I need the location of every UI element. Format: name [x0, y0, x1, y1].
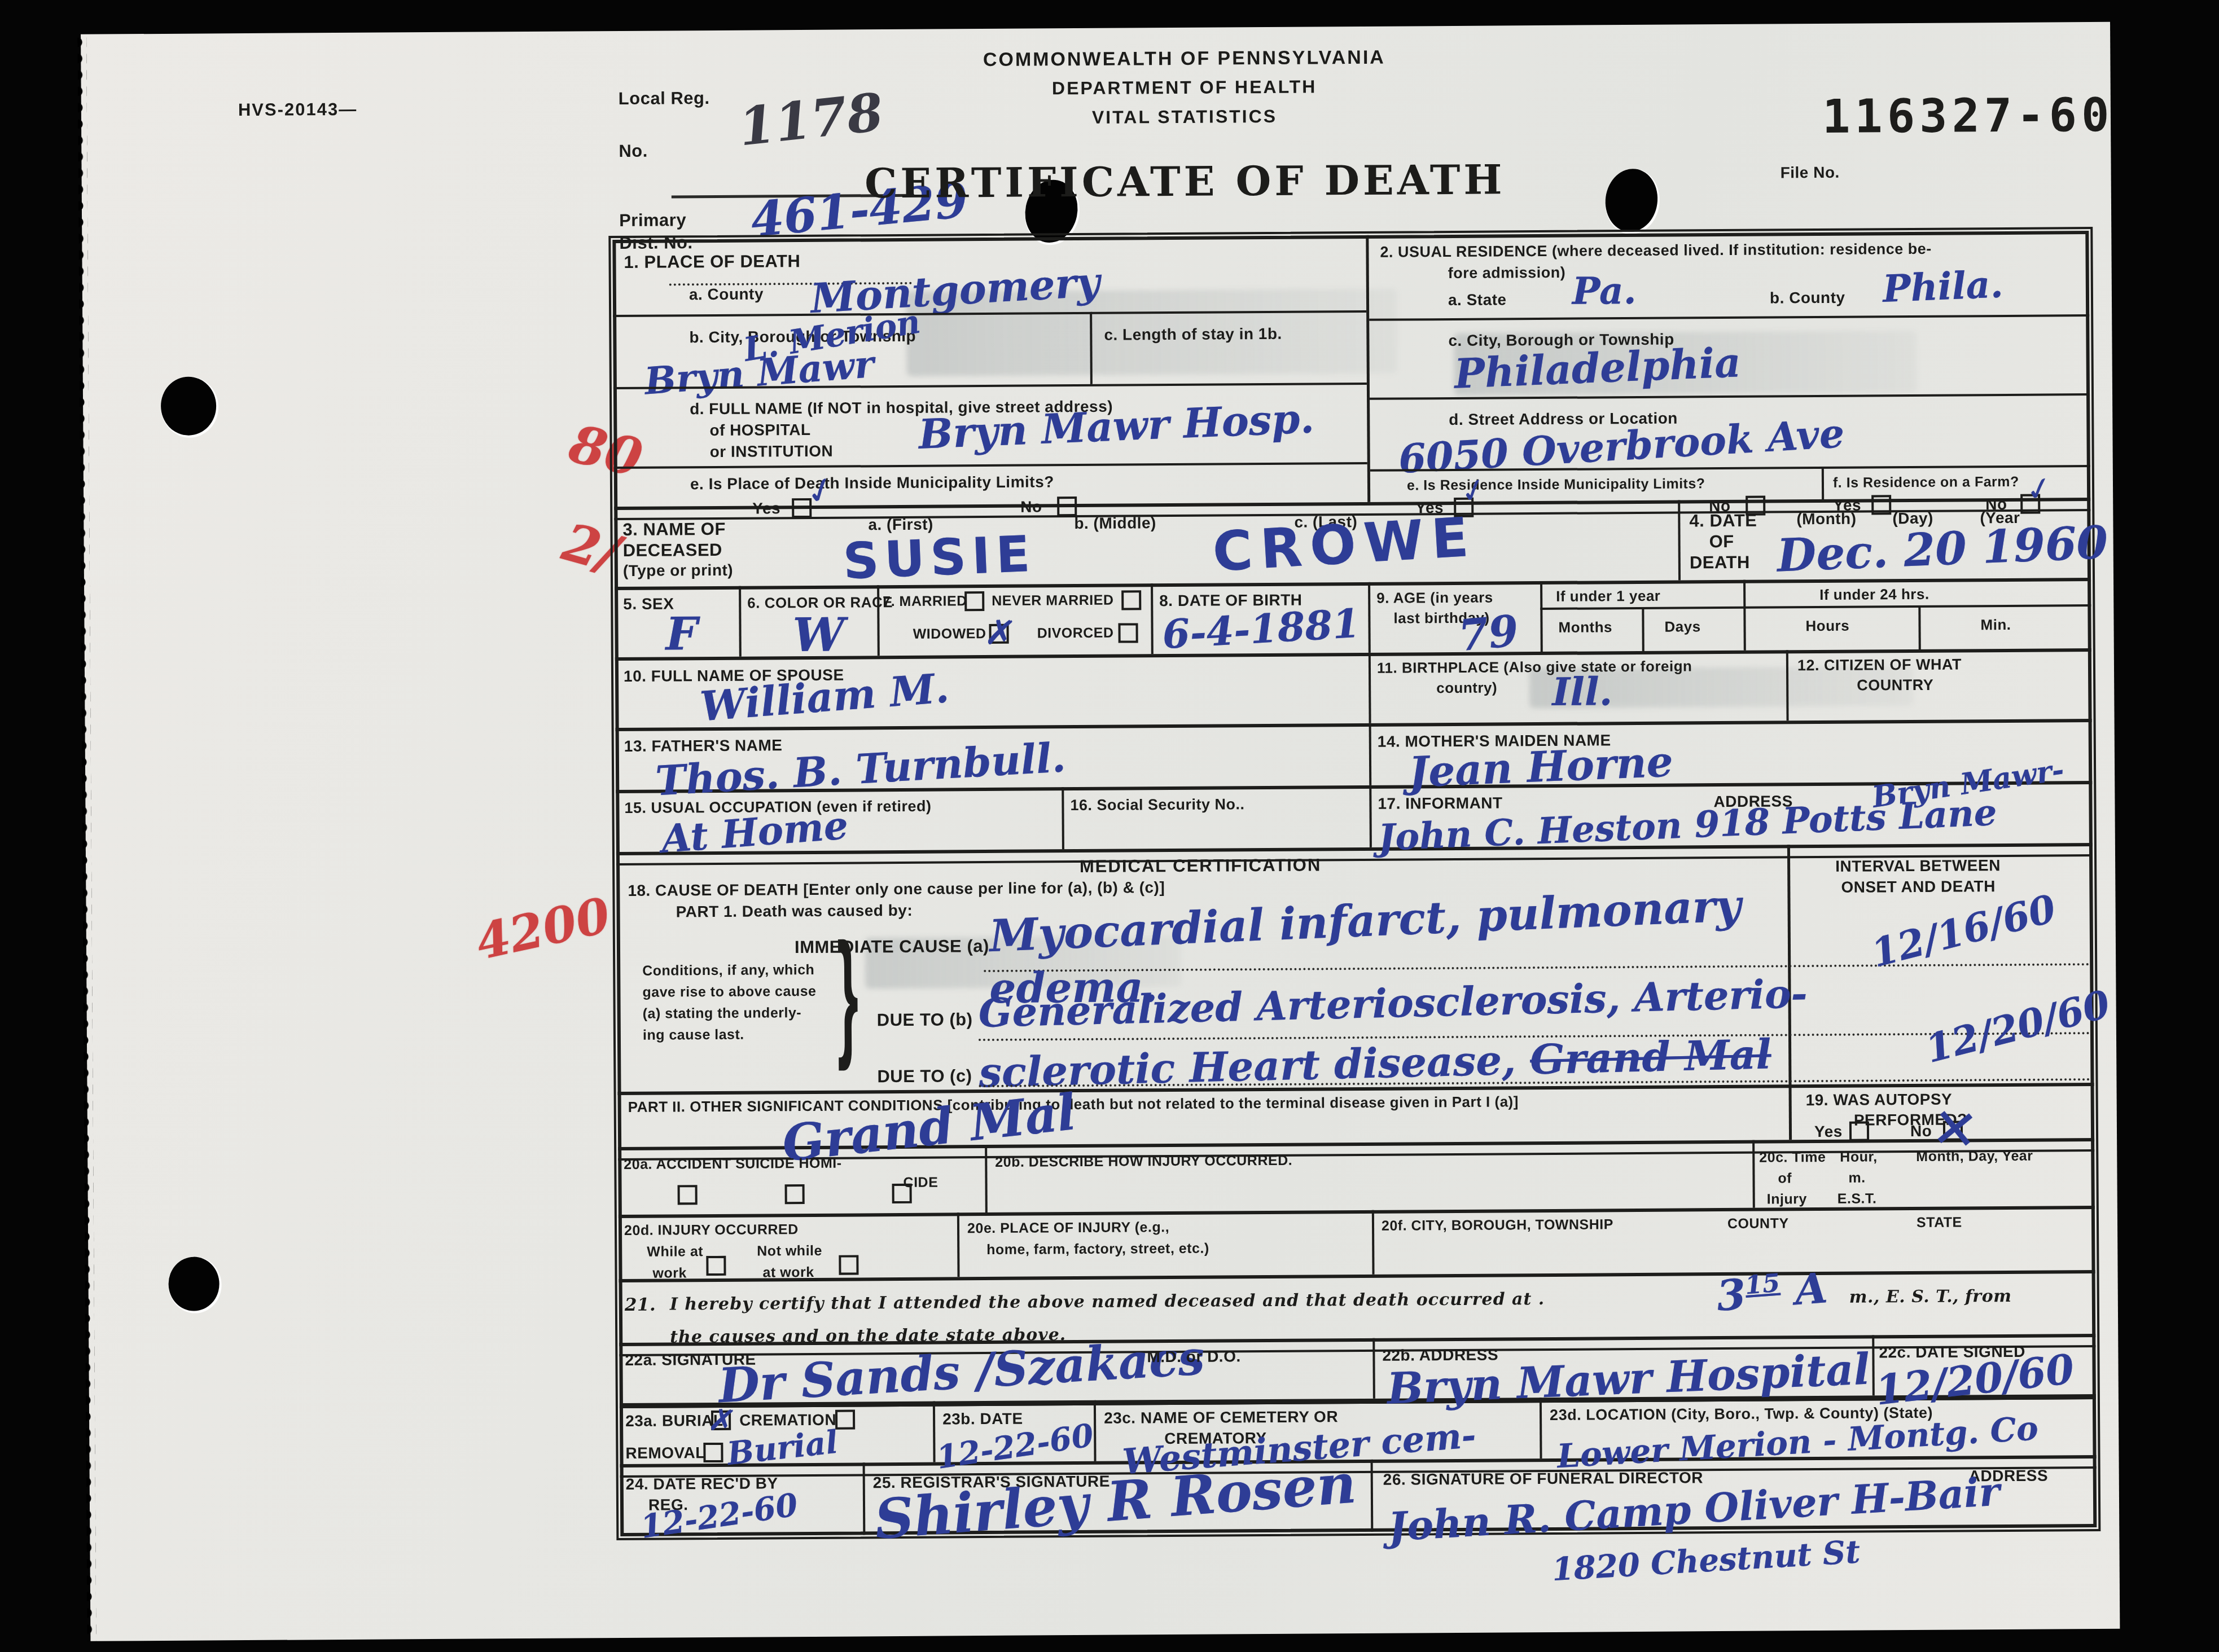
- s20a-accident-checkbox: [678, 1185, 698, 1205]
- s20e-label-1: 20e. PLACE OF INJURY (e.g.,: [967, 1219, 1169, 1237]
- s1e-no-checkbox: [1057, 497, 1077, 516]
- file-number-value: 116327-60: [1822, 89, 2114, 144]
- s23c-label-1: 23c. NAME OF CEMETERY OR: [1104, 1408, 1338, 1427]
- s18-interval-label-1: INTERVAL BETWEEN: [1835, 856, 2001, 876]
- s21-time-hour: 3: [1715, 1270, 1748, 1321]
- s19-yes-label: Yes: [1814, 1123, 1843, 1141]
- s3-middle-label: b. (Middle): [1074, 514, 1156, 533]
- s21-time-ampm: A: [1793, 1264, 1829, 1315]
- s9-days-label: Days: [1664, 618, 1700, 635]
- rule: [1368, 582, 1371, 653]
- s7-widowed-mark: ✗: [983, 611, 1018, 656]
- s18-due-to-c-label: DUE TO (c): [877, 1066, 972, 1087]
- s4-month-label: (Month): [1796, 510, 1856, 529]
- s20c-label-6: E.S.T.: [1838, 1190, 1877, 1207]
- s2f-yes-checkbox: [1871, 495, 1891, 515]
- rule: [1872, 1335, 1875, 1395]
- s20a-homicide-checkbox: [892, 1184, 912, 1203]
- s18-conditions-label-2: gave rise to above cause: [642, 983, 816, 1001]
- s20c-label-5: m.: [1848, 1170, 1865, 1187]
- s1e-label: e. Is Place of Death Inside Municipality…: [690, 473, 1054, 493]
- s20c-label-1: 20c. Time: [1759, 1149, 1826, 1166]
- s2e-label: e. Is Residence Inside Municipality Limi…: [1407, 476, 1705, 494]
- rule: [957, 1212, 960, 1277]
- rule: [933, 1401, 936, 1462]
- s9-under24-label: If under 24 hrs.: [1819, 586, 1929, 604]
- s20d-label-3: work: [652, 1265, 687, 1281]
- s4-label-2: OF: [1709, 531, 1734, 552]
- s20d-label-2: While at: [647, 1244, 703, 1260]
- s7-never-married-checkbox: [1121, 590, 1141, 610]
- local-reg-label: Local Reg.: [619, 88, 710, 109]
- rule: [1151, 583, 1154, 654]
- s20d-notwhile-checkbox: [839, 1255, 858, 1275]
- rule: [1090, 312, 1093, 384]
- s21-time-min: 15: [1744, 1268, 1781, 1300]
- rule: [1062, 787, 1064, 849]
- rule: [1786, 650, 1789, 720]
- form-code-stamp: HVS-20143—: [238, 99, 357, 120]
- certificate-title: CERTIFICATE OF DEATH: [865, 155, 1506, 207]
- s7-married-checkbox: [964, 591, 984, 611]
- rule: [739, 586, 742, 657]
- s2b-label: b. County: [1770, 289, 1845, 307]
- s1e-yes-label: Yes: [752, 499, 780, 517]
- s18-conditions-label-1: Conditions, if any, which: [642, 962, 814, 979]
- s20a-label-1: 20a. ACCIDENT SUICIDE HOMI-: [624, 1155, 841, 1173]
- s21-number: 21.: [625, 1295, 656, 1315]
- s5-sex-value: F: [665, 607, 698, 660]
- s9-min-label: Min.: [1980, 616, 2011, 634]
- s18-due-to-b-label: DUE TO (b): [877, 1009, 973, 1030]
- primary-dist-label: Primary: [619, 210, 686, 231]
- rule: [1369, 653, 1371, 723]
- punch-hole-left-lower: [168, 1256, 220, 1311]
- s4-label-1: 4. DATE: [1689, 511, 1757, 531]
- s19-label-1: 19. WAS AUTOPSY: [1806, 1091, 1953, 1110]
- s18-part1-label: PART 1. Death was caused by:: [676, 902, 913, 921]
- rule: [1372, 1338, 1375, 1399]
- s7-divorced-checkbox: [1118, 623, 1138, 643]
- s11-label-2: country): [1436, 679, 1497, 697]
- s4-label-3: DEATH: [1690, 552, 1750, 573]
- s2f-label: f. Is Residence on a Farm?: [1833, 474, 2019, 491]
- s24-label-1: 24. DATE REC'D BY: [626, 1474, 778, 1493]
- s20d-label-1: 20d. INJURY OCCURRED: [624, 1222, 799, 1239]
- s1c-label: c. Length of stay in 1b.: [1104, 325, 1282, 344]
- s18-title: 18. CAUSE OF DEATH [Enter only one cause…: [628, 878, 1165, 900]
- rule: [1369, 723, 1372, 785]
- s11-birthplace-value: Ill.: [1552, 669, 1613, 715]
- s6-race-value: W: [792, 608, 845, 663]
- s7-widowed-label: WIDOWED: [913, 626, 986, 643]
- s23a-cremation-checkbox: [835, 1409, 855, 1429]
- s22-md-do-label: M.D. or D.O.: [1147, 1347, 1240, 1366]
- s7-married-label: 7. MARRIED: [883, 593, 967, 610]
- s20d-label-5: at work: [762, 1264, 814, 1281]
- rule: [1372, 1210, 1375, 1275]
- s1d-label-2: of HOSPITAL: [709, 421, 810, 440]
- s23a-removal-label: REMOVAL: [625, 1444, 705, 1462]
- s20d-while-checkbox: [706, 1256, 726, 1276]
- s21-certify-text-2: m., E. S. T., from: [1849, 1286, 2012, 1307]
- s20c-label-7: Month, Day, Year: [1916, 1148, 2033, 1165]
- rule: [1918, 605, 1920, 649]
- s20b-label: 20b. DESCRIBE HOW INJURY OCCURRED.: [995, 1153, 1292, 1171]
- s20c-label-2: of: [1778, 1170, 1792, 1187]
- s18-conditions-label-3: (a) stating the underly-: [643, 1005, 802, 1022]
- s12-label-1: 12. CITIZEN OF WHAT: [1797, 656, 1962, 674]
- s3-first-value: SUSIE: [842, 525, 1037, 591]
- s20c-label-3: Injury: [1767, 1191, 1807, 1207]
- s17-label: 17. INFORMANT: [1378, 794, 1502, 812]
- s2a-label: a. State: [1448, 291, 1507, 309]
- s23a-removal-checkbox: [703, 1443, 723, 1462]
- s11-label-1: 11. BIRTHPLACE (Also give state or forei…: [1377, 657, 1692, 676]
- conditions-brace: }: [837, 913, 859, 1075]
- s18-interval-label-2: ONSET AND DEATH: [1841, 877, 1996, 897]
- s9-label-1: 9. AGE (in years: [1376, 589, 1493, 607]
- s26-label: 26. SIGNATURE OF FUNERAL DIRECTOR: [1383, 1469, 1703, 1488]
- s16-label: 16. Social Security No..: [1070, 796, 1244, 814]
- s2b-county-value: Phila.: [1882, 262, 2004, 311]
- rule: [985, 1145, 988, 1212]
- rule: [1369, 785, 1372, 847]
- certificate-paper: HVS-20143— 80 2/ 4200 Local Reg. No. 117…: [81, 22, 2120, 1641]
- s2-title-2: fore admission): [1448, 264, 1566, 282]
- rule: [1752, 1140, 1755, 1208]
- file-number-label: File No.: [1781, 164, 1840, 182]
- s20a-suicide-checkbox: [785, 1184, 805, 1204]
- s18c-struck-text: Grand Mal: [1529, 1030, 1771, 1083]
- s3-label-3: (Type or print): [623, 561, 733, 580]
- red-pencil-4200: 4200: [471, 886, 615, 971]
- s20f-label-2: COUNTY: [1727, 1215, 1789, 1232]
- punch-hole-top-right: [1602, 165, 1661, 235]
- s18-immediate-cause-label: IMMEDIATE CAUSE (a): [795, 936, 989, 957]
- rule: [863, 1462, 866, 1535]
- s23b-label: 23b. DATE: [942, 1410, 1023, 1429]
- s3-label-1: 3. NAME OF: [622, 519, 726, 540]
- s20c-label-4: Hour,: [1840, 1149, 1878, 1165]
- s1d-label-3: or INSTITUTION: [710, 442, 834, 461]
- s2a-state-value: Pa.: [1572, 269, 1637, 313]
- s21-time-value: 315 A: [1715, 1264, 1829, 1321]
- s20d-label-4: Not while: [757, 1243, 822, 1260]
- s20e-label-2: home, farm, factory, street, etc.): [986, 1241, 1209, 1258]
- rule: [1371, 1460, 1374, 1532]
- s1e-no-label: No: [1020, 498, 1042, 516]
- s1-title: 1. PLACE OF DEATH: [624, 251, 800, 273]
- s9-months-label: Months: [1558, 618, 1612, 636]
- s9-hours-label: Hours: [1805, 617, 1849, 635]
- s20f-label-1: 20f. CITY, BOROUGH, TOWNSHIP: [1382, 1216, 1613, 1234]
- org-line-1: COMMONWEALTH OF PENNSYLVANIA: [983, 47, 1385, 71]
- punch-hole-left-upper: [161, 376, 217, 436]
- s1a-label: a. County: [689, 285, 764, 304]
- rule: [1743, 580, 1746, 651]
- scanned-death-certificate: HVS-20143— 80 2/ 4200 Local Reg. No. 117…: [0, 0, 2219, 1652]
- rule: [1678, 500, 1681, 581]
- rule: [1822, 467, 1824, 499]
- org-line-3: VITAL STATISTICS: [1092, 106, 1278, 128]
- rule: [1642, 607, 1644, 651]
- s7-divorced-label: DIVORCED: [1037, 625, 1113, 642]
- s9-age-value: 79: [1457, 605, 1521, 661]
- s26-funeral-address-value: 1820 Chestnut St: [1551, 1533, 1861, 1588]
- s3-label-2: DECEASED: [623, 540, 722, 561]
- s18-conditions-label-4: ing cause last.: [643, 1027, 744, 1044]
- s2-title-1: 2. USUAL RESIDENCE (where deceased lived…: [1380, 240, 1931, 261]
- s19-yes-checkbox: [1849, 1121, 1869, 1141]
- s20f-label-3: STATE: [1917, 1214, 1962, 1231]
- s12-label-2: COUNTRY: [1857, 676, 1933, 695]
- local-reg-no-label: No.: [619, 141, 648, 161]
- medical-certification-title: MEDICAL CERTIFICATION: [1080, 855, 1322, 877]
- rule: [1540, 581, 1543, 652]
- s7-never-married-label: NEVER MARRIED: [992, 592, 1113, 609]
- org-line-2: DEPARTMENT OF HEALTH: [1052, 76, 1317, 99]
- local-reg-value: 1178: [736, 81, 886, 158]
- s19-no-label: No: [1910, 1122, 1932, 1140]
- s9-under1-label: If under 1 year: [1556, 587, 1660, 605]
